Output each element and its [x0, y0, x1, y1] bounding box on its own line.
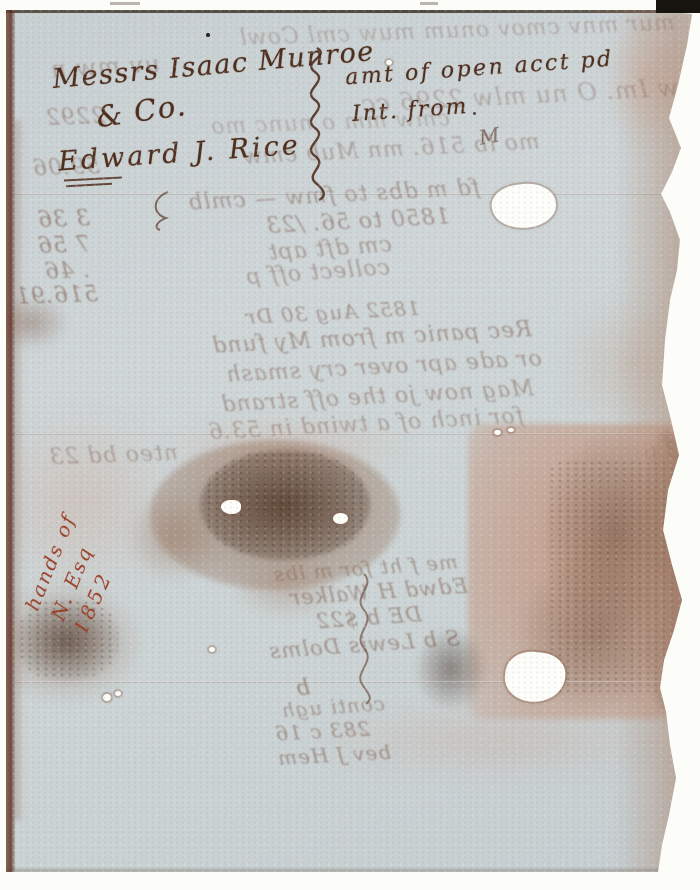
ink-speck: [206, 33, 210, 37]
paper-hole: [508, 428, 514, 432]
paper-edge-bottom: [6, 869, 660, 872]
paper-hole: [489, 180, 559, 232]
scanner-mark: [420, 2, 438, 5]
ink-b-mark: b: [294, 675, 312, 701]
bleed-line: collect off p: [191, 255, 390, 294]
stain-center-drip: [230, 555, 345, 620]
paper-hole: [103, 694, 111, 701]
fold-crease: [6, 193, 694, 195]
fold-crease: [6, 433, 694, 435]
paper-edge-top: [6, 10, 658, 13]
paper-hole: [494, 430, 501, 435]
ink-curl-flourish: [146, 188, 176, 232]
ink-speck: [473, 112, 476, 115]
stain-center-tail: [125, 490, 220, 585]
paper-hole: [386, 60, 392, 65]
ink-brace-top: [293, 46, 335, 202]
paper-sheet: mur mnv cmov onum muw cml Cowl uv mw n n…: [0, 0, 700, 890]
ink-monogram: M: [477, 122, 503, 149]
paper-edge-left-tint: [14, 120, 24, 820]
paper-hole: [115, 691, 121, 696]
ink-brace-bottom: [350, 572, 380, 706]
paper-hole: [333, 513, 348, 524]
paper-edge-right-tint: [615, 12, 695, 872]
paper-hole: [209, 647, 215, 652]
scanned-document: mur mnv cmov onum muw cml Cowl uv mw n n…: [0, 0, 700, 890]
stain-dark-patch: [415, 628, 487, 710]
paper-hole: [221, 500, 241, 514]
scanner-artifact-black-bar: [656, 0, 700, 13]
scanner-mark: [110, 2, 140, 5]
ink-underline: [66, 183, 112, 187]
